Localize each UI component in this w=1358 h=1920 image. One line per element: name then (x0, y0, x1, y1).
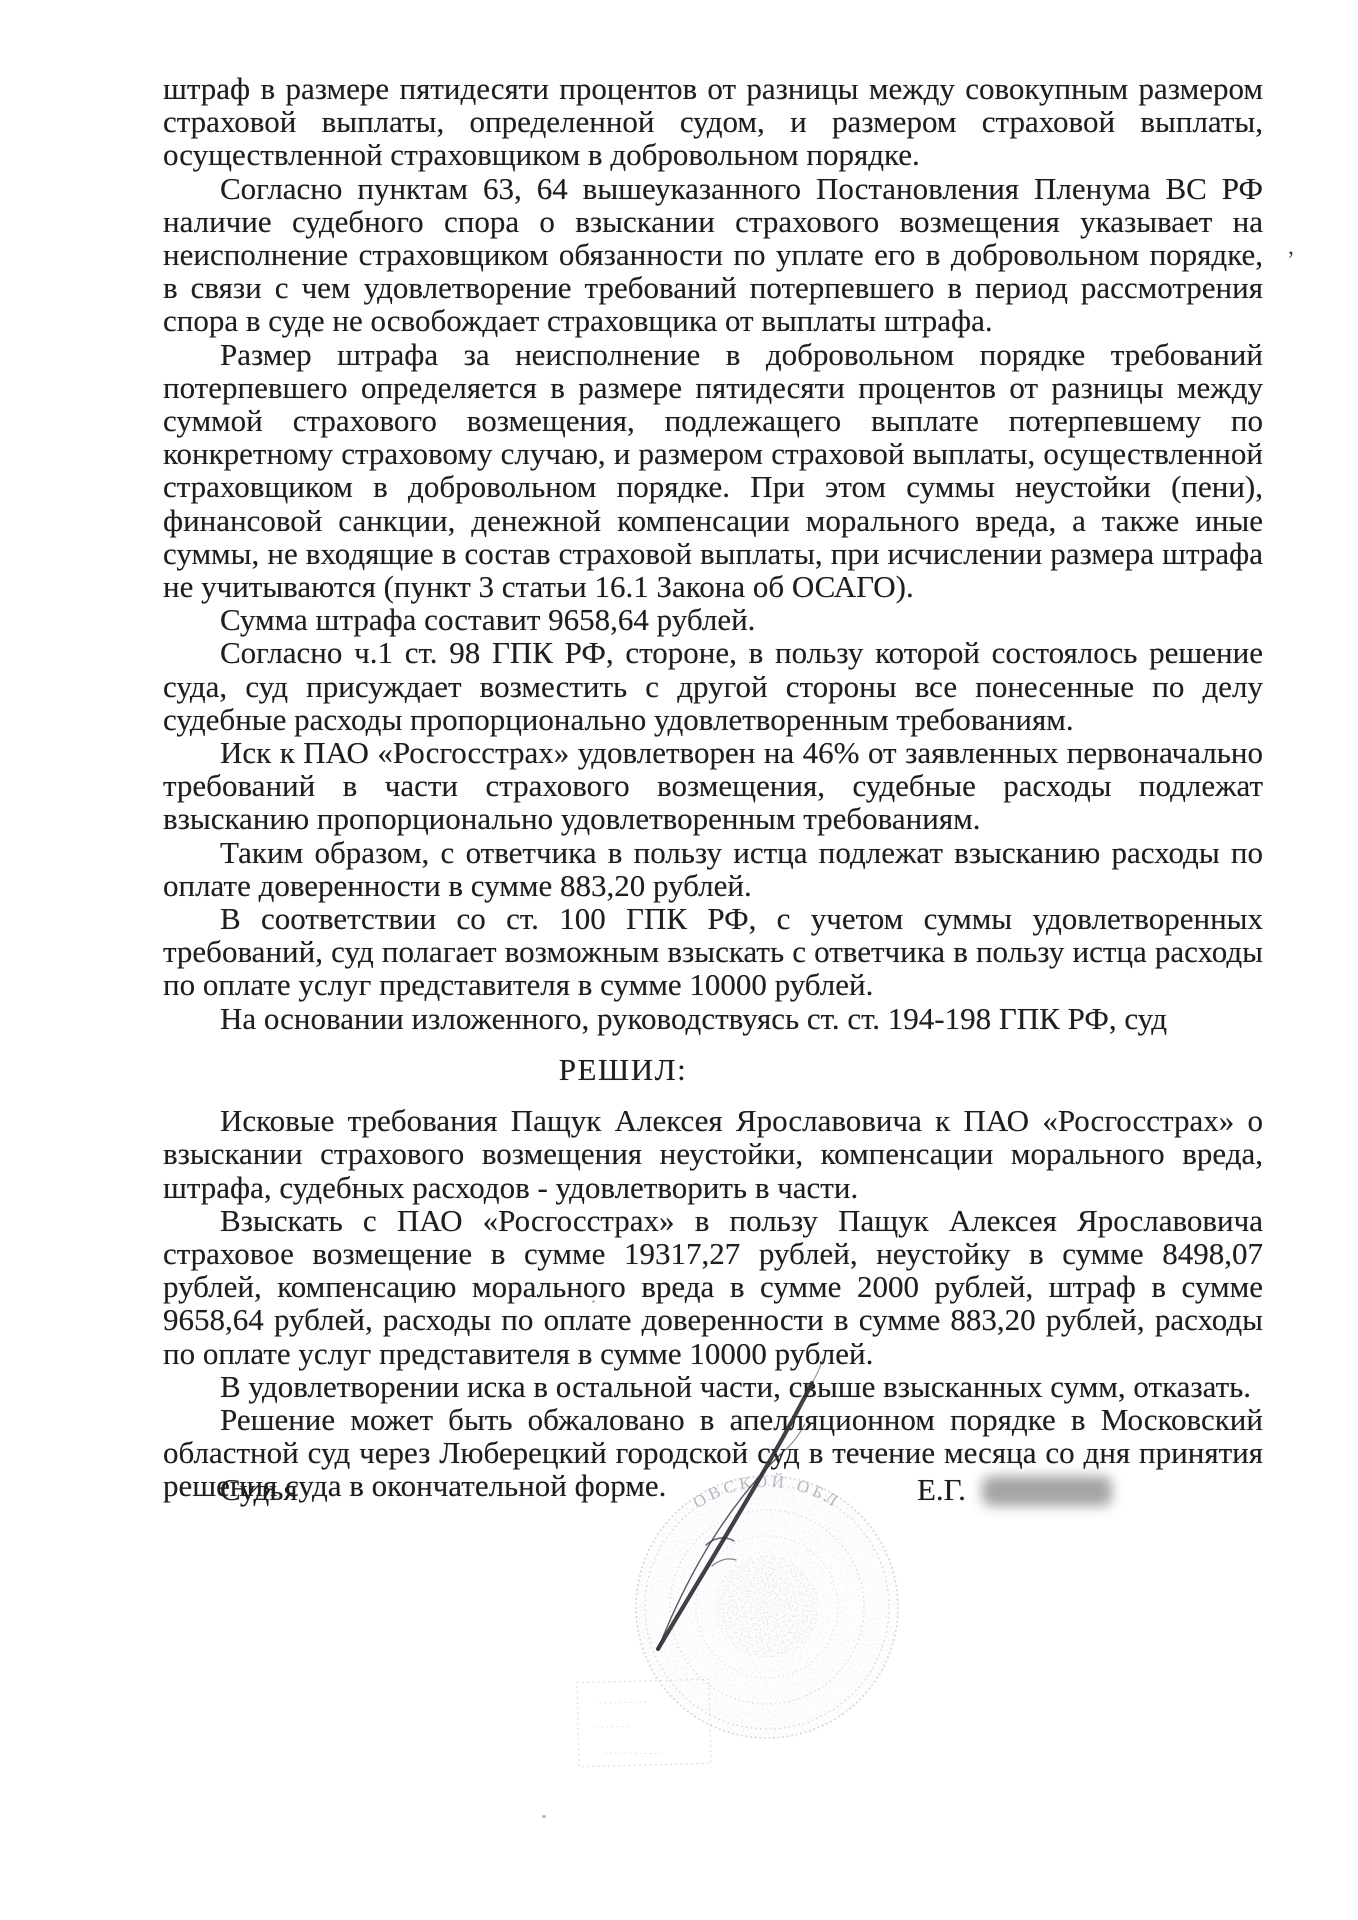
judge-initials: Е.Г. (917, 1472, 966, 1507)
court-seal: ОВСКОЙ ОБЛ (636, 1472, 898, 1738)
paragraph: Взыскать с ПАО «Росгосстрах» в пользу Па… (163, 1204, 1263, 1370)
document-body: штраф в размере пятидесяти процентов от … (163, 72, 1263, 1503)
paragraph: Согласно пунктам 63, 64 вышеуказанного П… (163, 172, 1263, 338)
paragraph: Иск к ПАО «Росгосстрах» удовлетворен на … (163, 736, 1263, 836)
paragraph: Исковые требования Пащук Алексея Ярослав… (163, 1104, 1263, 1204)
judge-label: Судья (220, 1472, 298, 1508)
redacted-judge-name (982, 1476, 1112, 1506)
paragraph: Размер штрафа за неисполнение в добровол… (163, 338, 1263, 604)
decision-heading: РЕШИЛ: (163, 1053, 1263, 1086)
paragraph: В соответствии со ст. 100 ГПК РФ, с учет… (163, 902, 1263, 1002)
paragraph: В удовлетворении иска в остальной части,… (163, 1370, 1263, 1403)
scan-speck (542, 1815, 546, 1818)
paragraph: Согласно ч.1 ст. 98 ГПК РФ, стороне, в п… (163, 636, 1263, 736)
seal-emblem (715, 1555, 819, 1659)
paragraph: Сумма штрафа составит 9658,64 рублей. (163, 603, 1263, 636)
paragraph: штраф в размере пятидесяти процентов от … (163, 72, 1263, 172)
paragraph: На основании изложенного, руководствуясь… (163, 1002, 1263, 1035)
judge-name: Е.Г. (917, 1472, 1112, 1508)
scan-speck (592, 1300, 595, 1303)
faint-stamp-rectangle (577, 1679, 711, 1766)
paragraph: Таким образом, с ответчика в пользу истц… (163, 836, 1263, 902)
scan-artifact: , (1288, 234, 1294, 261)
court-decision-page: штраф в размере пятидесяти процентов от … (0, 0, 1358, 1920)
